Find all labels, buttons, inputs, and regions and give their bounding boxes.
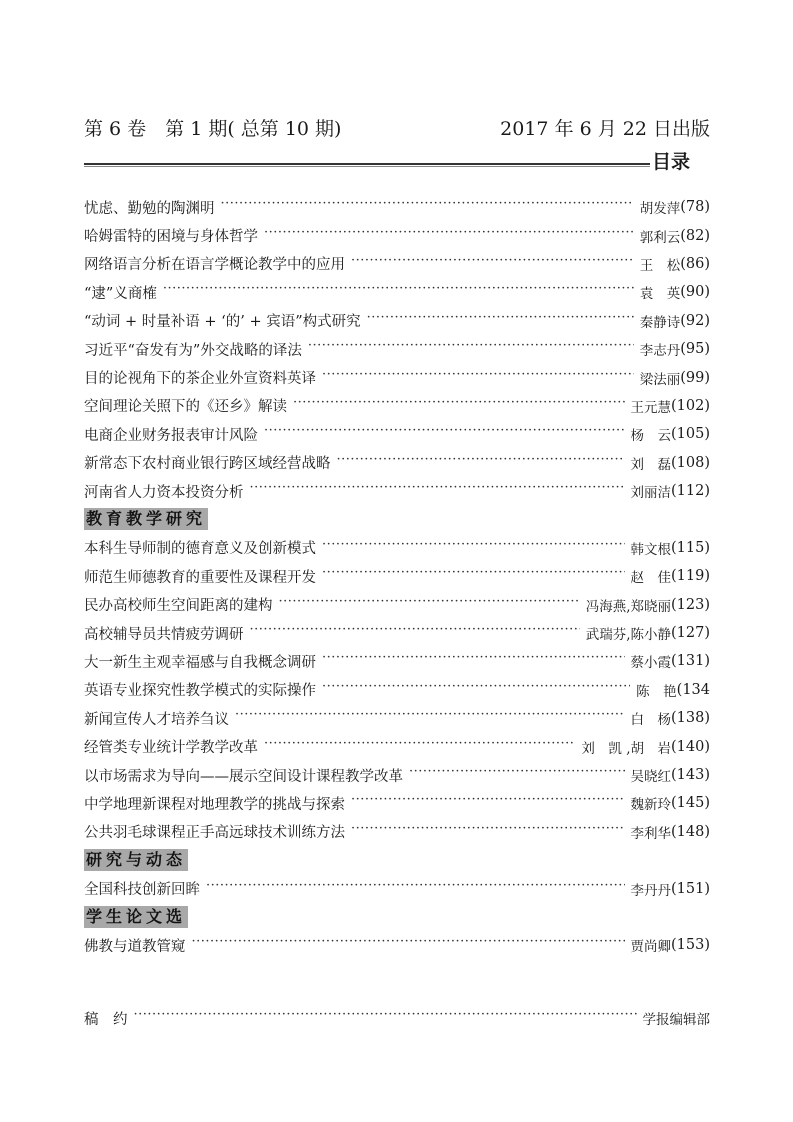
dot-leader xyxy=(322,540,625,556)
toc-entry[interactable]: 以市场需求为导向——展示空间设计课程教学改革吴晓红(143) xyxy=(84,761,710,789)
toc-entries: 忧虑、勤勉的陶渊明胡发萍(78)哈姆雷特的困境与身体哲学郭利云(82)网络语言分… xyxy=(84,193,710,960)
section-title: 研究与动态 xyxy=(84,849,188,871)
entry-title: 河南省人力资本投资分析 xyxy=(84,481,250,502)
entry-title: 师范生师德教育的重要性及课程开发 xyxy=(84,566,322,587)
entry-title: 佛教与道教管窥 xyxy=(84,935,192,956)
entry-title: “动词 + 时量补语 + ‘的’ + 宾语”构式研究 xyxy=(84,310,367,331)
rule-line-thin xyxy=(84,166,650,167)
entry-page-number: (119) xyxy=(671,568,710,584)
entry-page-number: (78) xyxy=(680,199,710,215)
entry-author: 蔡小霞 xyxy=(625,651,672,671)
dot-leader xyxy=(337,455,625,471)
dot-leader xyxy=(322,682,630,698)
entry-author: 刘丽洁 xyxy=(625,481,672,501)
dot-leader xyxy=(163,284,634,300)
entry-title: 新闻宣传人才培养刍议 xyxy=(84,708,235,729)
entry-title: “逮”义商榷 xyxy=(84,282,163,303)
entry-page-number: (123) xyxy=(671,597,710,613)
entry-author: 王 松 xyxy=(634,254,681,274)
entry-author: 李志丹 xyxy=(634,339,681,359)
volume-issue: 第 6 卷 第 1 期( 总第 10 期) xyxy=(84,114,341,144)
toc-page: 第 6 卷 第 1 期( 总第 10 期) 2017 年 6 月 22 日出版 … xyxy=(0,0,793,1122)
entry-page-number: (95) xyxy=(680,341,710,357)
dot-leader xyxy=(264,739,575,755)
dot-leader xyxy=(206,881,625,897)
toc-entry[interactable]: “逮”义商榷袁 英(90) xyxy=(84,278,710,306)
entry-title: 电商企业财务报表审计风险 xyxy=(84,424,264,445)
section-title: 学生论文选 xyxy=(84,906,188,928)
entry-author: 武瑞芬,陈小静 xyxy=(580,623,671,643)
dot-leader xyxy=(221,199,634,215)
toc-entry[interactable]: 新闻宣传人才培养刍议白 杨(138) xyxy=(84,704,710,732)
entry-page-number: (105) xyxy=(671,426,710,442)
toc-entry[interactable]: 新常态下农村商业银行跨区域经营战略刘 磊(108) xyxy=(84,449,710,477)
dot-leader xyxy=(322,370,634,386)
entry-author: 魏新玲 xyxy=(625,793,672,813)
entry-author: 杨 云 xyxy=(625,424,672,444)
entry-title: 本科生导师制的德育意义及创新模式 xyxy=(84,537,322,558)
toc-entry[interactable]: 公共羽毛球课程正手高远球技术训练方法李利华(148) xyxy=(84,818,710,846)
entry-page-number: (134 xyxy=(677,682,710,698)
dot-leader xyxy=(322,653,625,669)
entry-page-number: (108) xyxy=(671,455,710,471)
section-header: 研究与动态 xyxy=(84,846,710,874)
rule-line-thick xyxy=(84,163,650,165)
toc-entry[interactable]: 高校辅导员共情疲劳调研武瑞芬,陈小静(127) xyxy=(84,619,710,647)
toc-title: 目录 xyxy=(652,149,690,175)
entry-title: 以市场需求为导向——展示空间设计课程教学改革 xyxy=(84,765,409,786)
entry-title: 哈姆雷特的困境与身体哲学 xyxy=(84,225,264,246)
dot-leader xyxy=(409,767,625,783)
entry-author: 赵 佳 xyxy=(625,566,672,586)
toc-entry[interactable]: 河南省人力资本投资分析刘丽洁(112) xyxy=(84,477,710,505)
entry-author: 李利华 xyxy=(625,822,672,842)
entry-author: 刘 凯 ,胡 岩 xyxy=(575,737,671,757)
entry-page-number: (131) xyxy=(671,653,710,669)
toc-entry[interactable]: 中学地理新课程对地理教学的挑战与探索魏新玲(145) xyxy=(84,789,710,817)
entry-author: 郭利云 xyxy=(634,226,681,246)
toc-entry[interactable]: 哈姆雷特的困境与身体哲学郭利云(82) xyxy=(84,221,710,249)
entry-page-number: (153) xyxy=(671,937,710,953)
toc-entry[interactable]: 网络语言分析在语言学概论教学中的应用王 松(86) xyxy=(84,250,710,278)
dot-leader xyxy=(250,625,580,641)
entry-author: 陈 艳 xyxy=(630,680,677,700)
entry-title: 目的论视角下的茶企业外宣资料英译 xyxy=(84,367,322,388)
toc-footer: 稿 约 学报编辑部 xyxy=(84,1004,710,1032)
entry-page-number: (127) xyxy=(671,625,710,641)
double-rule-divider xyxy=(84,163,650,168)
dot-leader xyxy=(279,597,580,613)
entry-page-number: (115) xyxy=(671,540,710,556)
entry-title: 民办高校师生空间距离的建构 xyxy=(84,594,279,615)
entry-page-number: (99) xyxy=(680,370,710,386)
entry-page-number: (140) xyxy=(671,739,710,755)
publish-date: 2017 年 6 月 22 日出版 xyxy=(500,114,710,144)
toc-entry[interactable]: 全国科技创新回眸李丹丹(151) xyxy=(84,874,710,902)
entry-author: 冯海燕,郑晓丽 xyxy=(580,595,671,615)
entry-title: 忧虑、勤勉的陶渊明 xyxy=(84,197,221,218)
toc-entry[interactable]: 佛教与道教管窥贾尚卿(153) xyxy=(84,931,710,959)
entry-title: 习近平“奋发有为”外交战略的译法 xyxy=(84,339,308,360)
entry-author: 秦静诗 xyxy=(634,311,681,331)
entry-title: 全国科技创新回眸 xyxy=(84,878,206,899)
toc-entry[interactable]: 民办高校师生空间距离的建构冯海燕,郑晓丽(123) xyxy=(84,590,710,618)
entry-page-number: (151) xyxy=(671,881,710,897)
section-header: 教育教学研究 xyxy=(84,505,710,533)
entry-page-number: (102) xyxy=(671,398,710,414)
entry-author: 贾尚卿 xyxy=(625,935,672,955)
entry-title: 稿 约 xyxy=(84,1008,134,1029)
dot-leader xyxy=(351,256,634,272)
dot-leader xyxy=(264,228,634,244)
toc-entry[interactable]: 空间理论关照下的《还乡》解读王元慧(102) xyxy=(84,392,710,420)
dot-leader xyxy=(351,824,625,840)
entry-author: 刘 磊 xyxy=(625,453,672,473)
entry-title: 经管类专业统计学教学改革 xyxy=(84,736,264,757)
entry-page-number: (112) xyxy=(671,483,710,499)
entry-title: 公共羽毛球课程正手高远球技术训练方法 xyxy=(84,821,351,842)
entry-title: 空间理论关照下的《还乡》解读 xyxy=(84,395,293,416)
entry-title: 网络语言分析在语言学概论教学中的应用 xyxy=(84,253,351,274)
entry-author: 胡发萍 xyxy=(634,197,681,217)
toc-entry[interactable]: 大一新生主观幸福感与自我概念调研蔡小霞(131) xyxy=(84,647,710,675)
section-title: 教育教学研究 xyxy=(84,508,208,530)
entry-title: 高校辅导员共情疲劳调研 xyxy=(84,623,250,644)
entry-page-number: (90) xyxy=(680,284,710,300)
entry-author: 李丹丹 xyxy=(625,879,672,899)
entry-title: 英语专业探究性教学模式的实际操作 xyxy=(84,679,322,700)
dot-leader xyxy=(322,568,625,584)
dot-leader xyxy=(250,483,625,499)
dot-leader xyxy=(235,710,625,726)
entry-author: 白 杨 xyxy=(625,708,672,728)
entry-title: 新常态下农村商业银行跨区域经营战略 xyxy=(84,452,337,473)
entry-author: 梁法丽 xyxy=(634,368,681,388)
entry-author: 王元慧 xyxy=(625,396,672,416)
entry-title: 大一新生主观幸福感与自我概念调研 xyxy=(84,651,322,672)
dot-leader xyxy=(264,426,625,442)
dot-leader xyxy=(351,795,625,811)
dot-leader xyxy=(367,313,634,329)
toc-entry[interactable]: 电商企业财务报表审计风险杨 云(105) xyxy=(84,420,710,448)
toc-entry[interactable]: 经管类专业统计学教学改革刘 凯 ,胡 岩(140) xyxy=(84,732,710,760)
entry-page-number: (92) xyxy=(680,313,710,329)
dot-leader xyxy=(308,341,634,357)
journal-header: 第 6 卷 第 1 期( 总第 10 期) 2017 年 6 月 22 日出版 xyxy=(84,114,710,144)
dot-leader xyxy=(293,398,625,414)
entry-page-number: (82) xyxy=(680,228,710,244)
toc-entry[interactable]: 师范生师德教育的重要性及课程开发赵 佳(119) xyxy=(84,562,710,590)
entry-page-number: (143) xyxy=(671,767,710,783)
entry-page-number: (138) xyxy=(671,710,710,726)
entry-author: 韩文根 xyxy=(625,538,672,558)
toc-footer-row[interactable]: 稿 约 学报编辑部 xyxy=(84,1004,710,1032)
dot-leader xyxy=(134,1010,637,1026)
entry-page-number: (86) xyxy=(680,256,710,272)
section-header: 学生论文选 xyxy=(84,903,710,931)
toc-entry[interactable]: 忧虑、勤勉的陶渊明胡发萍(78) xyxy=(84,193,710,221)
toc-entry[interactable]: 习近平“奋发有为”外交战略的译法李志丹(95) xyxy=(84,335,710,363)
toc-entry[interactable]: “动词 + 时量补语 + ‘的’ + 宾语”构式研究秦静诗(92) xyxy=(84,307,710,335)
entry-title: 中学地理新课程对地理教学的挑战与探索 xyxy=(84,793,351,814)
entry-page-number: (145) xyxy=(671,795,710,811)
toc-entry[interactable]: 本科生导师制的德育意义及创新模式韩文根(115) xyxy=(84,534,710,562)
toc-entry[interactable]: 目的论视角下的茶企业外宣资料英译梁法丽(99) xyxy=(84,363,710,391)
entry-page-number: (148) xyxy=(671,824,710,840)
dot-leader xyxy=(192,937,625,953)
entry-author: 吴晓红 xyxy=(625,765,672,785)
toc-entry[interactable]: 英语专业探究性教学模式的实际操作陈 艳(134 xyxy=(84,676,710,704)
entry-author: 学报编辑部 xyxy=(637,1008,711,1028)
entry-author: 袁 英 xyxy=(634,282,681,302)
